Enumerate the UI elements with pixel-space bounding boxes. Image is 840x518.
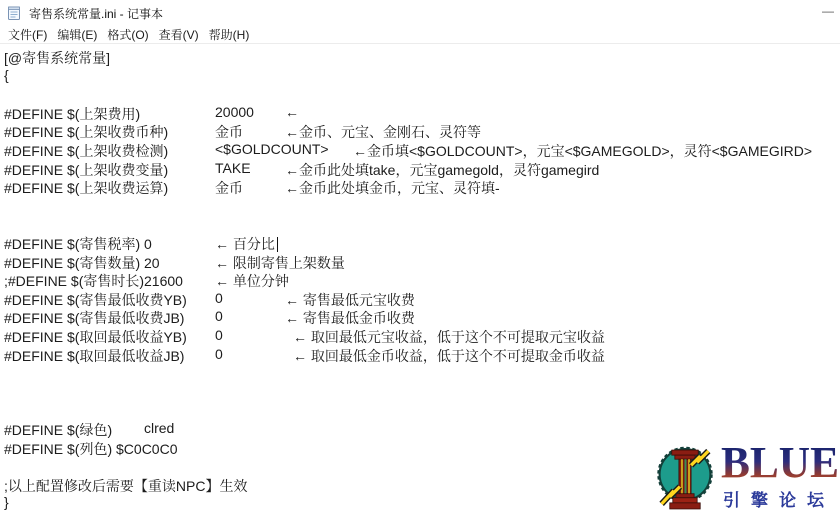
editor-text: 0 bbox=[215, 327, 223, 343]
editor-text: [@寄售系统常量] bbox=[4, 48, 110, 68]
menu-item-format[interactable]: 格式(O) bbox=[102, 26, 153, 43]
editor-text: #DEFINE $(寄售最低收费JB) bbox=[4, 308, 184, 328]
editor-line: #DEFINE $(绿色)clred bbox=[4, 420, 840, 439]
editor-text: #DEFINE $(列色) $C0C0C0 bbox=[4, 439, 178, 459]
editor-text: #DEFINE $(绿色) bbox=[4, 420, 112, 440]
editor-text: ←金币、元宝、金刚石、灵符等 bbox=[285, 122, 481, 142]
editor-text: ← 百分比 bbox=[215, 234, 278, 254]
notepad-icon bbox=[6, 5, 22, 21]
editor-line bbox=[4, 383, 840, 402]
editor-line: #DEFINE $(寄售数量) 20← 限制寄售上架数量 bbox=[4, 253, 840, 272]
editor-text: 金币 bbox=[215, 122, 243, 142]
editor-text: #DEFINE $(上架收费币种) bbox=[4, 122, 168, 142]
editor-line: #DEFINE $(上架收费检测)<$GOLDCOUNT>←金币填<$GOLDC… bbox=[4, 141, 840, 160]
minimize-icon: — bbox=[822, 5, 834, 17]
brand-logo: BLUE bbox=[720, 440, 840, 486]
editor-text: 0 bbox=[215, 308, 223, 324]
editor-text: #DEFINE $(上架收费运算) bbox=[4, 178, 168, 198]
editor-text: #DEFINE $(取回最低收益JB) bbox=[4, 346, 184, 366]
editor-line bbox=[4, 85, 840, 104]
editor-line: #DEFINE $(寄售最低收费JB)0← 寄售最低金币收费 bbox=[4, 308, 840, 327]
editor-text: ←金币此处填金币，元宝、灵符填- bbox=[285, 178, 500, 198]
editor-text: 0 bbox=[215, 290, 223, 306]
editor-text: #DEFINE $(上架收费检测) bbox=[4, 141, 168, 161]
editor-line: [@寄售系统常量] bbox=[4, 48, 840, 67]
editor-text: ← 寄售最低元宝收费 bbox=[285, 290, 415, 310]
editor-text: 0 bbox=[215, 346, 223, 362]
editor-text: ← 寄售最低金币收费 bbox=[285, 308, 415, 328]
menu-item-view[interactable]: 查看(V) bbox=[154, 26, 204, 43]
editor-text: 金币 bbox=[215, 178, 243, 198]
editor-text: TAKE bbox=[215, 160, 251, 176]
editor-text: ;以上配置修改后需要【重读NPC】生效 bbox=[4, 476, 247, 496]
titlebar[interactable]: 寄售系统常量.ini - 记事本 — bbox=[0, 0, 840, 26]
editor-line: #DEFINE $(上架收费运算)金币←金币此处填金币，元宝、灵符填- bbox=[4, 178, 840, 197]
editor-text: #DEFINE $(寄售最低收费YB) bbox=[4, 290, 187, 310]
editor-text: } bbox=[4, 494, 9, 510]
menu-item-edit[interactable]: 编辑(E) bbox=[52, 26, 102, 43]
editor-line bbox=[4, 364, 840, 383]
watermark: BLUE 引擎论坛 bbox=[652, 440, 840, 515]
editor-line: #DEFINE $(寄售最低收费YB)0← 寄售最低元宝收费 bbox=[4, 290, 840, 309]
menu-item-help[interactable]: 帮助(H) bbox=[204, 26, 255, 43]
editor-text: ← bbox=[285, 104, 299, 120]
editor-text: ←金币此处填take，元宝gamegold，灵符gamegird bbox=[285, 160, 599, 180]
editor-text: #DEFINE $(寄售税率) 0 bbox=[4, 234, 152, 254]
editor-line: ;#DEFINE $(寄售时长)21600← 单位分钟 bbox=[4, 271, 840, 290]
editor-text: #DEFINE $(寄售数量) 20 bbox=[4, 253, 160, 273]
editor-text: ←金币填<$GOLDCOUNT>，元宝<$GAMEGOLD>，灵符<$GAMEG… bbox=[353, 141, 812, 161]
editor-text: #DEFINE $(上架费用) bbox=[4, 104, 140, 124]
editor-line: #DEFINE $(取回最低收益JB)0← 取回最低金币收益，低于这个不可提取金… bbox=[4, 346, 840, 365]
editor-line: { bbox=[4, 67, 840, 86]
editor-text: ;#DEFINE $(寄售时长)21600 bbox=[4, 271, 183, 291]
editor-text: ← 单位分钟 bbox=[215, 271, 289, 291]
editor-text: #DEFINE $(上架收费变量) bbox=[4, 160, 168, 180]
editor-line bbox=[4, 215, 840, 234]
editor-line: #DEFINE $(寄售税率) 0← 百分比 bbox=[4, 234, 840, 253]
menubar: 文件(F) 编辑(E) 格式(O) 查看(V) 帮助(H) bbox=[0, 26, 840, 44]
editor-line: #DEFINE $(上架收费变量)TAKE←金币此处填take，元宝gamego… bbox=[4, 160, 840, 179]
editor-text: 20000 bbox=[215, 104, 254, 120]
editor-line bbox=[4, 401, 840, 420]
editor-line: #DEFINE $(上架收费币种)金币←金币、元宝、金刚石、灵符等 bbox=[4, 122, 840, 141]
editor-text: ← 限制寄售上架数量 bbox=[215, 253, 345, 273]
editor-text: { bbox=[4, 67, 9, 83]
editor-line: #DEFINE $(取回最低收益YB)0← 取回最低元宝收益，低于这个不可提取元… bbox=[4, 327, 840, 346]
minimize-button[interactable]: — bbox=[818, 2, 838, 20]
editor-text: #DEFINE $(取回最低收益YB) bbox=[4, 327, 187, 347]
window-title: 寄售系统常量.ini - 记事本 bbox=[29, 5, 163, 22]
editor-text: ← 取回最低元宝收益，低于这个不可提取元宝收益 bbox=[293, 327, 605, 347]
editor-line bbox=[4, 197, 840, 216]
editor-text: ← 取回最低金币收益，低于这个不可提取金币收益 bbox=[293, 346, 605, 366]
text-caret bbox=[277, 237, 278, 252]
blue-engine-logo-icon bbox=[654, 446, 718, 512]
menu-item-file[interactable]: 文件(F) bbox=[3, 26, 52, 43]
brand-subtitle: 引擎论坛 bbox=[723, 486, 835, 511]
brand-text: BLUE bbox=[721, 440, 839, 486]
editor-text: clred bbox=[144, 420, 174, 436]
editor-line: #DEFINE $(上架费用)20000← bbox=[4, 104, 840, 123]
editor-text: <$GOLDCOUNT> bbox=[215, 141, 329, 157]
notepad-window: 寄售系统常量.ini - 记事本 — 文件(F) 编辑(E) 格式(O) 查看(… bbox=[0, 0, 840, 518]
